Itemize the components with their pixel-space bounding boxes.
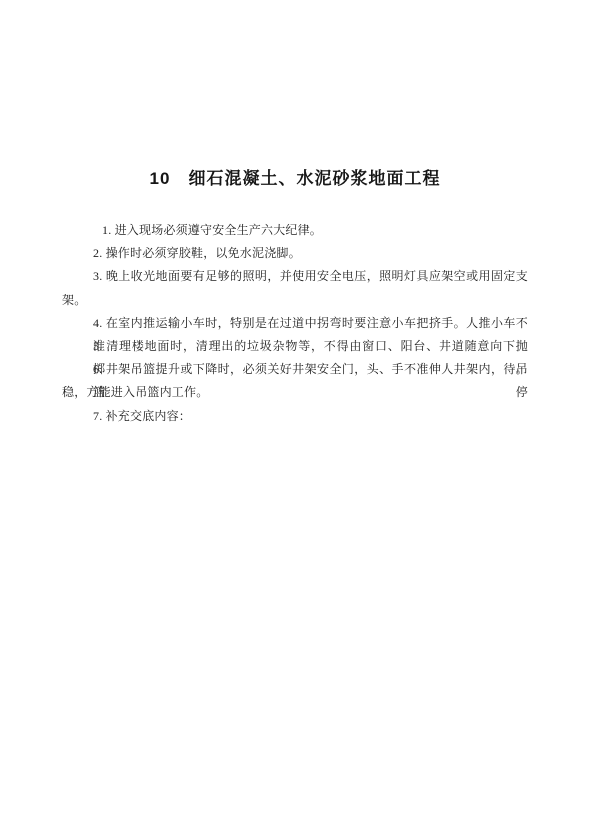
document-body: 1. 进入现场必须遵守安全生产六大纪律。 2. 操作时必须穿胶鞋，以免水泥浇脚。…: [62, 219, 528, 428]
safety-item-1: 1. 进入现场必须遵守安全生产六大纪律。: [62, 219, 528, 242]
document-page: 10 细石混凝土、水泥砂浆地面工程 1. 进入现场必须遵守安全生产六大纪律。 2…: [0, 0, 590, 835]
safety-item-3-line1: 3. 晚上收光地面要有足够的照明，并使用安全电压，照明灯具应架空或用固定支: [62, 265, 528, 288]
page-title: 10 细石混凝土、水泥砂浆地面工程: [0, 168, 590, 190]
safety-item-6-line1: 6. 井架吊篮提升或下降时，必须关好井架安全门，头、手不准伸人井架内，待吊篮停: [62, 358, 528, 381]
safety-item-7: 7. 补充交底内容：: [62, 405, 528, 428]
safety-item-2: 2. 操作时必须穿胶鞋，以免水泥浇脚。: [62, 242, 528, 265]
safety-item-3-line2: 架。: [62, 289, 528, 312]
safety-item-5: 5. 清理楼地面时，清理出的垃圾杂物等，不得由窗口、阳台、井道随意向下抛掷。: [62, 335, 528, 358]
safety-item-4: 4. 在室内推运输小车时，特别是在过道中拐弯时要注意小车把挤手。人推小车不准: [62, 312, 528, 335]
